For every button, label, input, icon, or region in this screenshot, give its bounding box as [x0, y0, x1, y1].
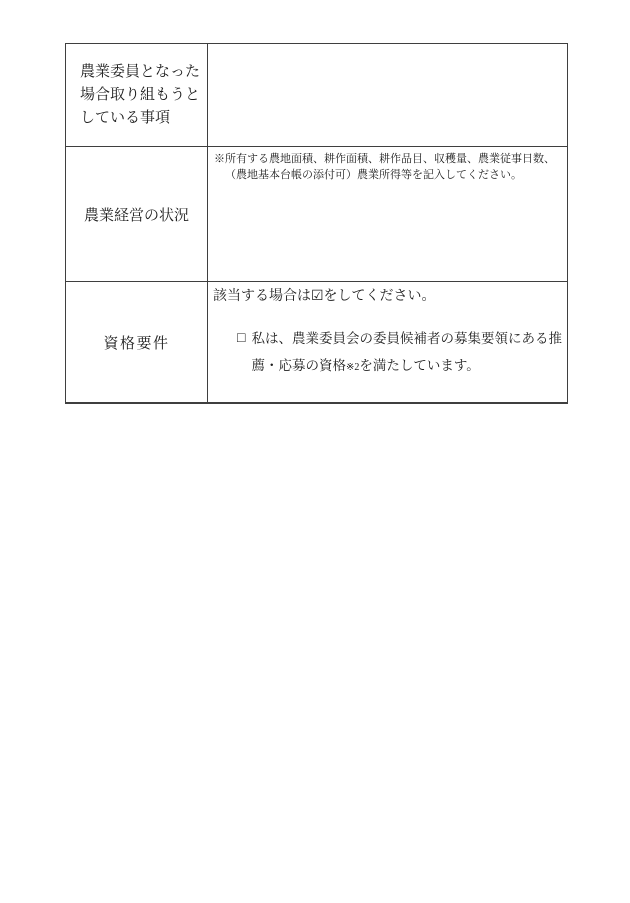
farm-management-label-cell: 農業経営の状況 — [66, 147, 208, 282]
initiatives-label-line2: 場合取り組もうと — [80, 84, 207, 107]
qualification-content-cell: 該当する場合は☑をしてください。 □ 私は、農業委員会の委員候補者の募集要領にあ… — [208, 282, 567, 402]
statement-line2-pre: 薦・応募の資格 — [251, 358, 346, 373]
eligibility-statement: 私は、農業委員会の委員候補者の募集要領にある推 薦・応募の資格※2を満たしていま… — [251, 325, 562, 381]
farm-management-input-area[interactable]: ※所有する農地面積、耕作面積、耕作品目、収穫量、農業従事日数、 （農地基本台帳の… — [208, 147, 567, 282]
initiatives-label-cell: 農業委員となった 場合取り組もうと している事項 — [66, 44, 208, 147]
application-form-table: 農業委員となった 場合取り組もうと している事項 農業経営の状況 ※所有する農地… — [65, 43, 568, 404]
farm-management-note-line1: ※所有する農地面積、耕作面積、耕作品目、収穫量、農業従事日数、 — [214, 151, 561, 167]
qualification-label-cell: 資格要件 — [66, 282, 208, 402]
farm-management-note-line2: （農地基本台帳の添付可）農業所得等を記入してください。 — [225, 167, 561, 183]
initiatives-label: 農業委員となった 場合取り組もうと している事項 — [66, 44, 207, 146]
eligibility-checkbox[interactable]: □ — [237, 325, 245, 352]
statement-footnote-ref: ※2 — [346, 362, 359, 373]
initiatives-label-line1: 農業委員となった — [80, 61, 207, 84]
statement-line2-post: を満たしています。 — [359, 358, 479, 373]
farm-management-label: 農業経営の状況 — [66, 147, 207, 281]
qualification-label: 資格要件 — [66, 282, 207, 402]
initiatives-label-line3: している事項 — [80, 107, 207, 130]
initiatives-input-area[interactable] — [208, 44, 567, 147]
checkbox-instruction: 該当する場合は☑をしてください。 — [213, 287, 559, 307]
eligibility-statement-line2: 薦・応募の資格※2を満たしています。 — [251, 352, 562, 381]
eligibility-statement-line1: 私は、農業委員会の委員候補者の募集要領にある推 — [251, 325, 562, 352]
page: { "document": { "background": "#ffffff",… — [0, 0, 630, 903]
eligibility-check-item: □ 私は、農業委員会の委員候補者の募集要領にある推 薦・応募の資格※2を満たして… — [237, 325, 559, 381]
